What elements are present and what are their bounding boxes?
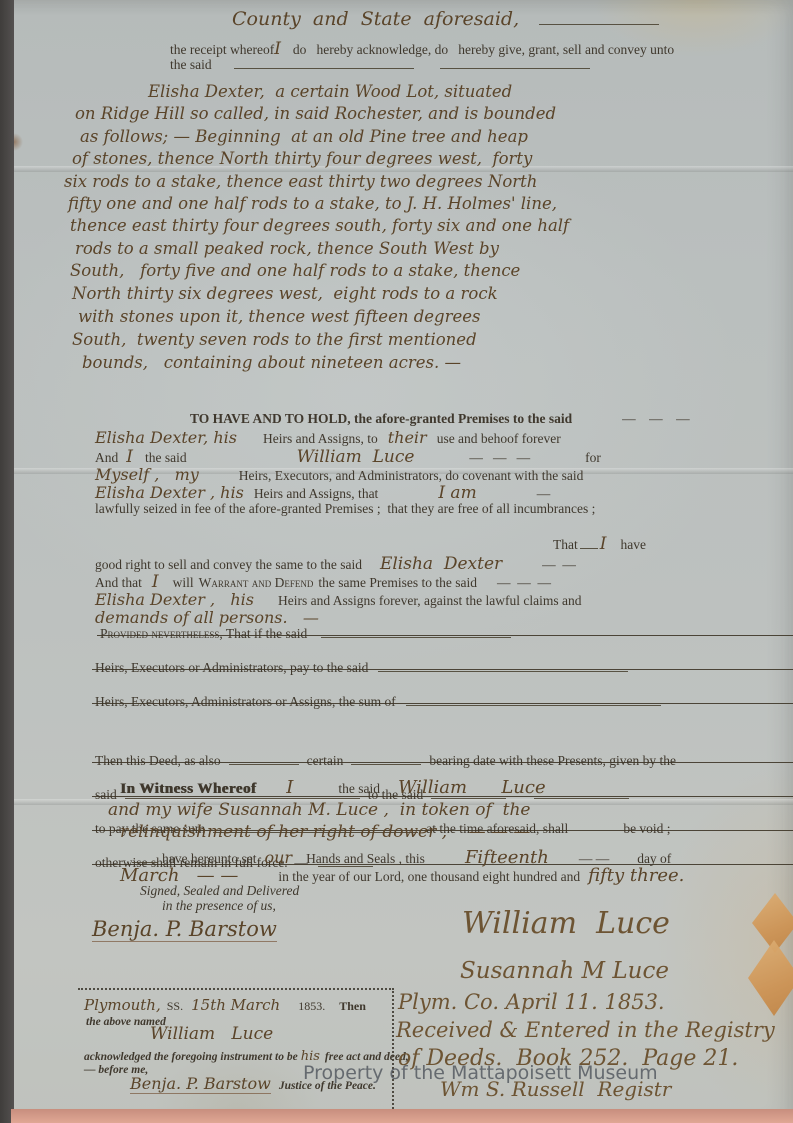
good-right-line: good right to sell and convey the same t… — [95, 554, 576, 574]
to-have-and-hold-line: TO HAVE AND TO HOLD, the afore-granted P… — [190, 411, 690, 427]
description-line: as follows; — Beginning at an old Pine t… — [80, 127, 528, 146]
blank-rule — [378, 663, 628, 672]
description-line: on Ridge Hill so called, in said Rochest… — [75, 104, 556, 123]
dashes: — — — — [497, 575, 551, 590]
receipt-i: I — [274, 39, 281, 59]
that-i-have-line: ThatIhave — [553, 534, 646, 554]
day-of: day of — [637, 851, 671, 866]
assigns-that: Heirs and Assigns, that — [254, 486, 379, 501]
seized-line: lawfully seized in fee of the afore-gran… — [95, 501, 595, 517]
ss: SS. — [167, 999, 183, 1013]
dashes: — — — [542, 557, 576, 572]
aforesaid-text: County and State aforesaid, — [232, 8, 525, 30]
dash: — — [537, 486, 551, 501]
description-line: Elisha Dexter, a certain Wood Lot, situa… — [148, 82, 512, 101]
hands-seals: Hands and Seals , this — [306, 851, 425, 866]
scan-edge-bottom — [11, 1109, 793, 1123]
dashes: — — — — [469, 450, 530, 465]
ack-instrument: acknowledged the foregoing instrument to… — [84, 1051, 298, 1063]
description-line: bounds, containing about nineteen acres.… — [82, 353, 461, 372]
myself-line: Myself , myHeirs, Executors, and Adminis… — [95, 465, 583, 484]
i-hw: I — [152, 572, 159, 592]
will: will — [173, 575, 194, 590]
their-hw: their — [388, 428, 427, 447]
witness-signature-text: Benja. P. Barstow — [92, 917, 277, 942]
deed-document-page: County and State aforesaid, the receipt … — [0, 0, 793, 1123]
then-deed-line-struck: Then this Deed, as alsocertainbearing da… — [95, 753, 793, 769]
grantor-signature: William Luce — [462, 906, 670, 941]
description-line: rods to a small peaked rock, thence Sout… — [75, 239, 499, 258]
description-line: South, forty five and one half rods to a… — [70, 261, 520, 280]
have: have — [620, 537, 645, 552]
grantee-heirs-line: Elisha Dexter, hisHeirs and Assigns, tot… — [95, 428, 561, 447]
and: And — [95, 450, 118, 465]
grantor-line: AndIthe saidWilliam Luce— — —for — [95, 447, 601, 467]
description-line: North thirty six degrees west, eight rod… — [72, 284, 498, 303]
blank-rule — [534, 790, 629, 799]
registry-line: Received & Entered in the Registry — [396, 1018, 775, 1042]
receipt-post: do hereby acknowledge, do hereby give, g… — [293, 42, 674, 57]
ack-name-signature: William Luce — [150, 1024, 273, 1044]
witness-signature: Benja. P. Barstow — [92, 917, 277, 941]
blank-rule — [234, 60, 414, 69]
hereunto-set: have hereunto set — [162, 851, 256, 866]
good-right: good right to sell and convey the same t… — [95, 557, 362, 572]
watermark-text: Property of the Mattapoisett Museum — [303, 1062, 658, 1084]
heirs-assigns: Heirs and Assigns, to — [263, 431, 378, 446]
wife-signature: Susannah M Luce — [460, 958, 669, 984]
blank-rule — [351, 756, 421, 765]
warrant-line: And thatIwillWarrant and Defendthe same … — [95, 572, 551, 592]
description-line: six rods to a stake, thence east thirty … — [64, 172, 537, 191]
description-line: South, twenty seven rods to the first me… — [72, 330, 477, 349]
description-line: of stones, thence North thirty four degr… — [72, 149, 532, 168]
myself-hw: Myself , my — [95, 465, 199, 484]
ack-date-line: Plymouth,SS.15th March1853.Then — [84, 996, 366, 1014]
i-hw: I — [286, 777, 293, 798]
i-hw: I — [600, 534, 607, 554]
blank-rule — [406, 697, 661, 706]
registry-line: Plym. Co. April 11. 1853. — [398, 990, 665, 1014]
presence-line: in the presence of us, — [162, 898, 276, 914]
blank-rule — [321, 629, 511, 638]
scan-edge-left — [0, 0, 14, 1123]
the-said: the said — [170, 57, 212, 72]
executors: Heirs, Executors, and Administrators, do… — [239, 468, 584, 483]
then-deed: Then this Deed, as also — [95, 753, 221, 768]
then: Then — [339, 999, 366, 1013]
in-witness-line: In Witness WhereofIthe saidWilliam Luce — [120, 777, 546, 798]
blank-rule — [229, 756, 299, 765]
behoof: use and behoof forever — [437, 431, 561, 446]
heirs-pay: Heirs, Executors or Administrators, pay … — [95, 660, 368, 675]
description-line: fifty one and one half rods to a stake, … — [68, 194, 557, 213]
forever-line: Elisha Dexter , hisHeirs and Assigns for… — [95, 590, 582, 609]
grantee-name: Elisha Dexter , his — [95, 483, 244, 502]
covenant-that-line: Elisha Dexter , hisHeirs and Assigns, th… — [95, 483, 550, 503]
certain: certain — [307, 753, 344, 768]
be-void: be void ; — [623, 821, 670, 836]
fifty-three-hw: fifty three. — [588, 865, 684, 886]
provided-line-struck: Provided nevertheless, That if the said — [100, 626, 793, 642]
premises-said: the same Premises to the said — [318, 575, 477, 590]
forever: Heirs and Assigns forever, against the l… — [278, 593, 582, 608]
dashes: — — — [579, 851, 609, 866]
blank-rule — [132, 854, 158, 863]
plymouth-hw: Plymouth, — [84, 996, 161, 1014]
grantee-name: Elisha Dexter , his — [95, 590, 254, 609]
description-line: thence east thirty four degrees south, f… — [70, 216, 569, 235]
i-am-hw: I am — [438, 483, 476, 503]
the-said: the said — [145, 450, 187, 465]
heirs-pay-line-struck: Heirs, Executors or Administrators, pay … — [95, 660, 793, 676]
the-said-line: the said — [170, 57, 590, 73]
description-line: with stones upon it, thence west fifteen… — [78, 307, 480, 326]
that: That — [553, 537, 578, 552]
and-that: And that — [95, 575, 142, 590]
heirs-sum: Heirs, Executors, Administrators or Assi… — [95, 694, 396, 709]
heirs-sum-line-struck: Heirs, Executors, Administrators or Assi… — [95, 694, 793, 710]
justice-signature: Benja. P. Barstow — [130, 1074, 271, 1094]
year-of-lord: in the year of our Lord, one thousand ei… — [278, 869, 580, 884]
blank-rule — [539, 12, 659, 25]
provided-nevertheless: Provided nevertheless, — [100, 626, 223, 641]
wax-seal-icon — [748, 940, 793, 1016]
blank-rule — [440, 60, 590, 69]
bearing-date: bearing date with these Presents, given … — [429, 753, 676, 768]
grantor-name: William Luce — [398, 777, 546, 798]
i-hw: I — [126, 447, 133, 467]
ack-date-hw: 15th March — [191, 996, 280, 1014]
blank-rule — [580, 540, 598, 549]
demands-line: demands of all persons. — — [95, 608, 319, 627]
signed-sealed-line: Signed, Sealed and Delivered — [140, 883, 299, 899]
dashes: — — — — [622, 411, 690, 426]
receipt-line: the receipt whereofIdo hereby acknowledg… — [170, 39, 674, 59]
header-aforesaid-line: County and State aforesaid, — [232, 8, 659, 30]
grantee-name: Elisha Dexter, his — [95, 428, 237, 447]
that-if-said: That if the said — [223, 626, 307, 641]
ack-year: 1853. — [298, 999, 325, 1013]
warrant-defend: Warrant and Defend — [199, 575, 314, 590]
grantor-name: William Luce — [297, 447, 415, 467]
grantee-name: Elisha Dexter — [380, 554, 502, 574]
for: for — [585, 450, 601, 465]
relinquish-line: relinquishment of her right of dower , —… — [120, 822, 530, 842]
to-have-hold: TO HAVE AND TO HOLD, the afore-granted P… — [190, 411, 572, 426]
wife-line: and my wife Susannah M. Luce , in token … — [108, 800, 530, 820]
the-said: the said — [338, 781, 380, 796]
in-witness-whereof: In Witness Whereof — [120, 781, 256, 797]
receipt-pre: the receipt whereof — [170, 42, 274, 57]
